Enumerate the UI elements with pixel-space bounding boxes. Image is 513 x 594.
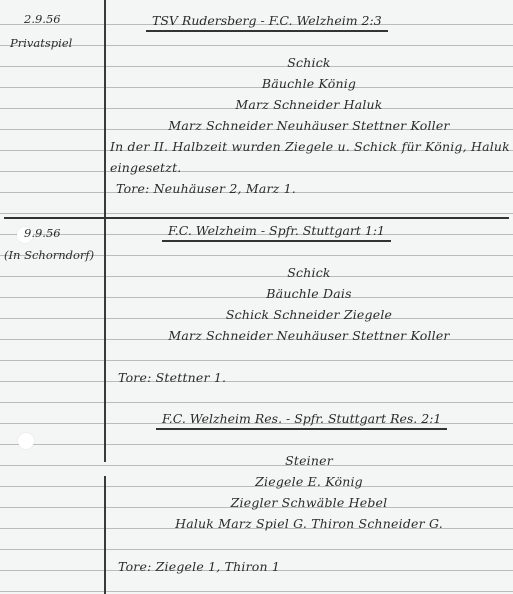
match-1-note: Privatspiel — [10, 36, 72, 50]
match-1-remark-line: eingesetzt. — [110, 161, 181, 175]
match-3-goals: Tore: Ziegele 1, Thiron 1 — [118, 560, 280, 574]
match-1-lineup-line: Schick — [105, 56, 513, 70]
match-3-title: F.C. Welzheim Res. - Spfr. Stuttgart Res… — [156, 412, 447, 430]
match-2-goals: Tore: Stettner 1. — [118, 371, 226, 385]
match-1-lineup-line: Marz Schneider Haluk — [105, 98, 513, 112]
match-3-lineup-line: Steiner — [105, 454, 513, 468]
margin-line — [104, 476, 106, 594]
match-3-lineup-line: Ziegele E. König — [105, 475, 513, 489]
match-1-lineup-line: Marz Schneider Neuhäuser Stettner Koller — [105, 119, 513, 133]
match-2-lineup-line: Schick Schneider Ziegele — [105, 308, 513, 322]
match-1-title: TSV Rudersberg - F.C. Welzheim 2:3 — [146, 14, 388, 32]
match-1-date: 2.9.56 — [24, 12, 61, 26]
match-1-goals: Tore: Neuhäuser 2, Marz 1. — [116, 182, 296, 196]
match-separator-line — [4, 217, 509, 219]
match-3-lineup-line: Ziegler Schwäble Hebel — [105, 496, 513, 510]
match-2-date: 9.9.56 — [24, 226, 61, 240]
match-2-lineup-line: Bäuchle Dais — [105, 287, 513, 301]
match-2-title: F.C. Welzheim - Spfr. Stuttgart 1:1 — [162, 224, 391, 242]
match-1-lineup-line: Bäuchle König — [105, 77, 513, 91]
match-2-lineup-line: Marz Schneider Neuhäuser Stettner Koller — [105, 329, 513, 343]
match-1-remark-line: In der II. Halbzeit wurden Ziegele u. Sc… — [110, 140, 510, 154]
match-2-lineup-line: Schick — [105, 266, 513, 280]
punch-hole — [18, 433, 34, 449]
match-3-lineup-line: Haluk Marz Spiel G. Thiron Schneider G. — [105, 517, 513, 531]
match-2-note: (In Schorndorf) — [4, 248, 94, 262]
